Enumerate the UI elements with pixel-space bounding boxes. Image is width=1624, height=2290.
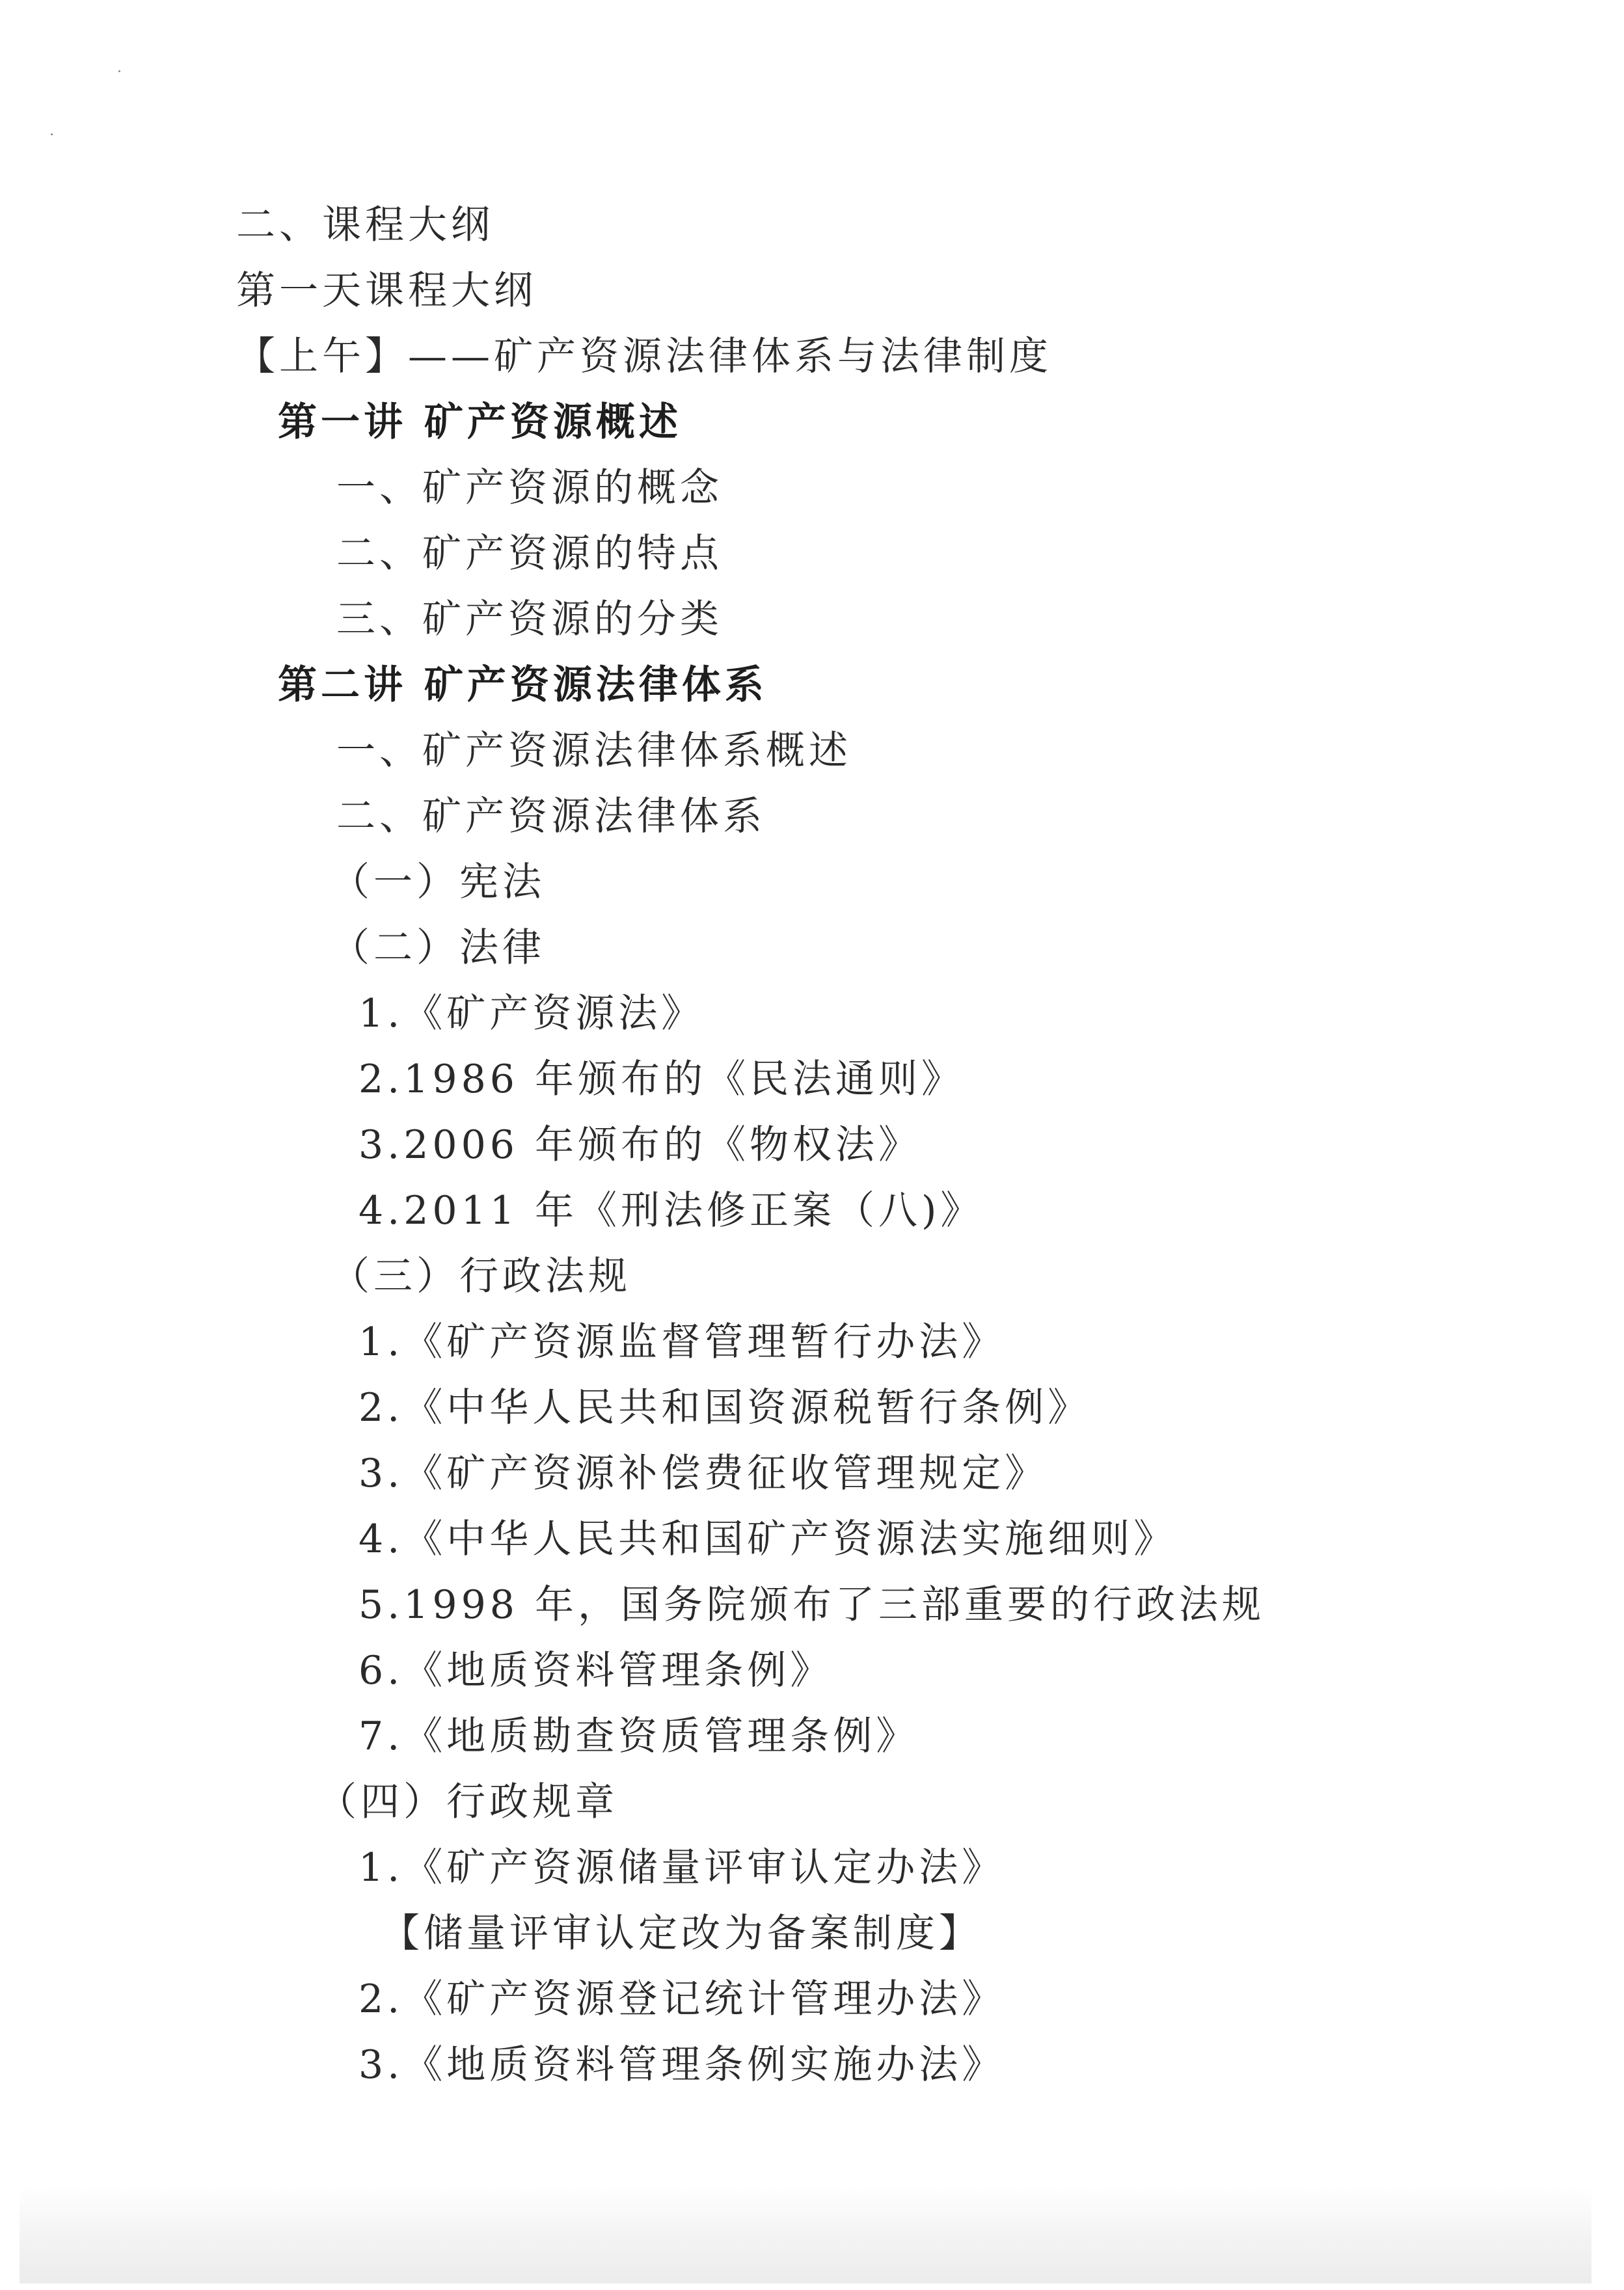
- subsection-laws: （二）法律: [331, 922, 545, 974]
- rule-item: 2.《矿产资源登记统计管理办法》: [359, 1973, 1005, 2025]
- regulation-item: 7.《地质勘查资质管理条例》: [359, 1710, 919, 1762]
- lecture-1-item: 一、矿产资源的概念: [336, 462, 723, 514]
- subsection-constitution: （一）宪法: [331, 856, 545, 908]
- lecture-1-title: 第一讲 矿产资源概述: [278, 396, 682, 448]
- scan-shadow-band: [20, 2186, 1591, 2283]
- subsection-admin-regulations: （三）行政法规: [331, 1250, 631, 1302]
- subsection-admin-rules: （四）行政规章: [318, 1776, 618, 1828]
- section-title: 二、课程大纲: [236, 199, 494, 251]
- lecture-2-item: 二、矿产资源法律体系: [336, 790, 766, 842]
- law-item: 1.《矿产资源法》: [359, 988, 704, 1040]
- scan-speck: [51, 133, 53, 135]
- law-item: 2.1986 年颁布的《民法通则》: [359, 1053, 964, 1105]
- regulation-item: 5.1998 年，国务院颁布了三部重要的行政法规: [359, 1579, 1265, 1631]
- regulation-item: 3.《矿产资源补偿费征收管理规定》: [359, 1448, 1048, 1500]
- lecture-2-item: 一、矿产资源法律体系概述: [336, 725, 852, 777]
- regulation-item: 4.《中华人民共和国矿产资源法实施细则》: [359, 1513, 1176, 1565]
- lecture-1-item: 二、矿产资源的特点: [336, 528, 723, 580]
- rule-item: 1.《矿产资源储量评审认定办法》: [359, 1842, 1005, 1894]
- regulation-item: 1.《矿产资源监督管理暂行办法》: [359, 1316, 1005, 1368]
- lecture-1-item: 三、矿产资源的分类: [336, 593, 723, 645]
- scan-speck: [118, 70, 120, 72]
- session-title: 【上午】——矿产资源法律体系与法律制度: [236, 330, 1052, 383]
- regulation-item: 6.《地质资料管理条例》: [359, 1645, 833, 1697]
- day-title: 第一天课程大纲: [236, 265, 537, 317]
- regulation-item: 2.《中华人民共和国资源税暂行条例》: [359, 1382, 1090, 1434]
- law-item: 4.2011 年《刑法修正案（八)》: [359, 1185, 983, 1237]
- lecture-2-title: 第二讲 矿产资源法律体系: [278, 659, 768, 711]
- rule-note: 【储量评审认定改为备案制度】: [381, 1907, 982, 1960]
- law-item: 3.2006 年颁布的《物权法》: [359, 1119, 921, 1171]
- rule-item: 3.《地质资料管理条例实施办法》: [359, 2039, 1005, 2091]
